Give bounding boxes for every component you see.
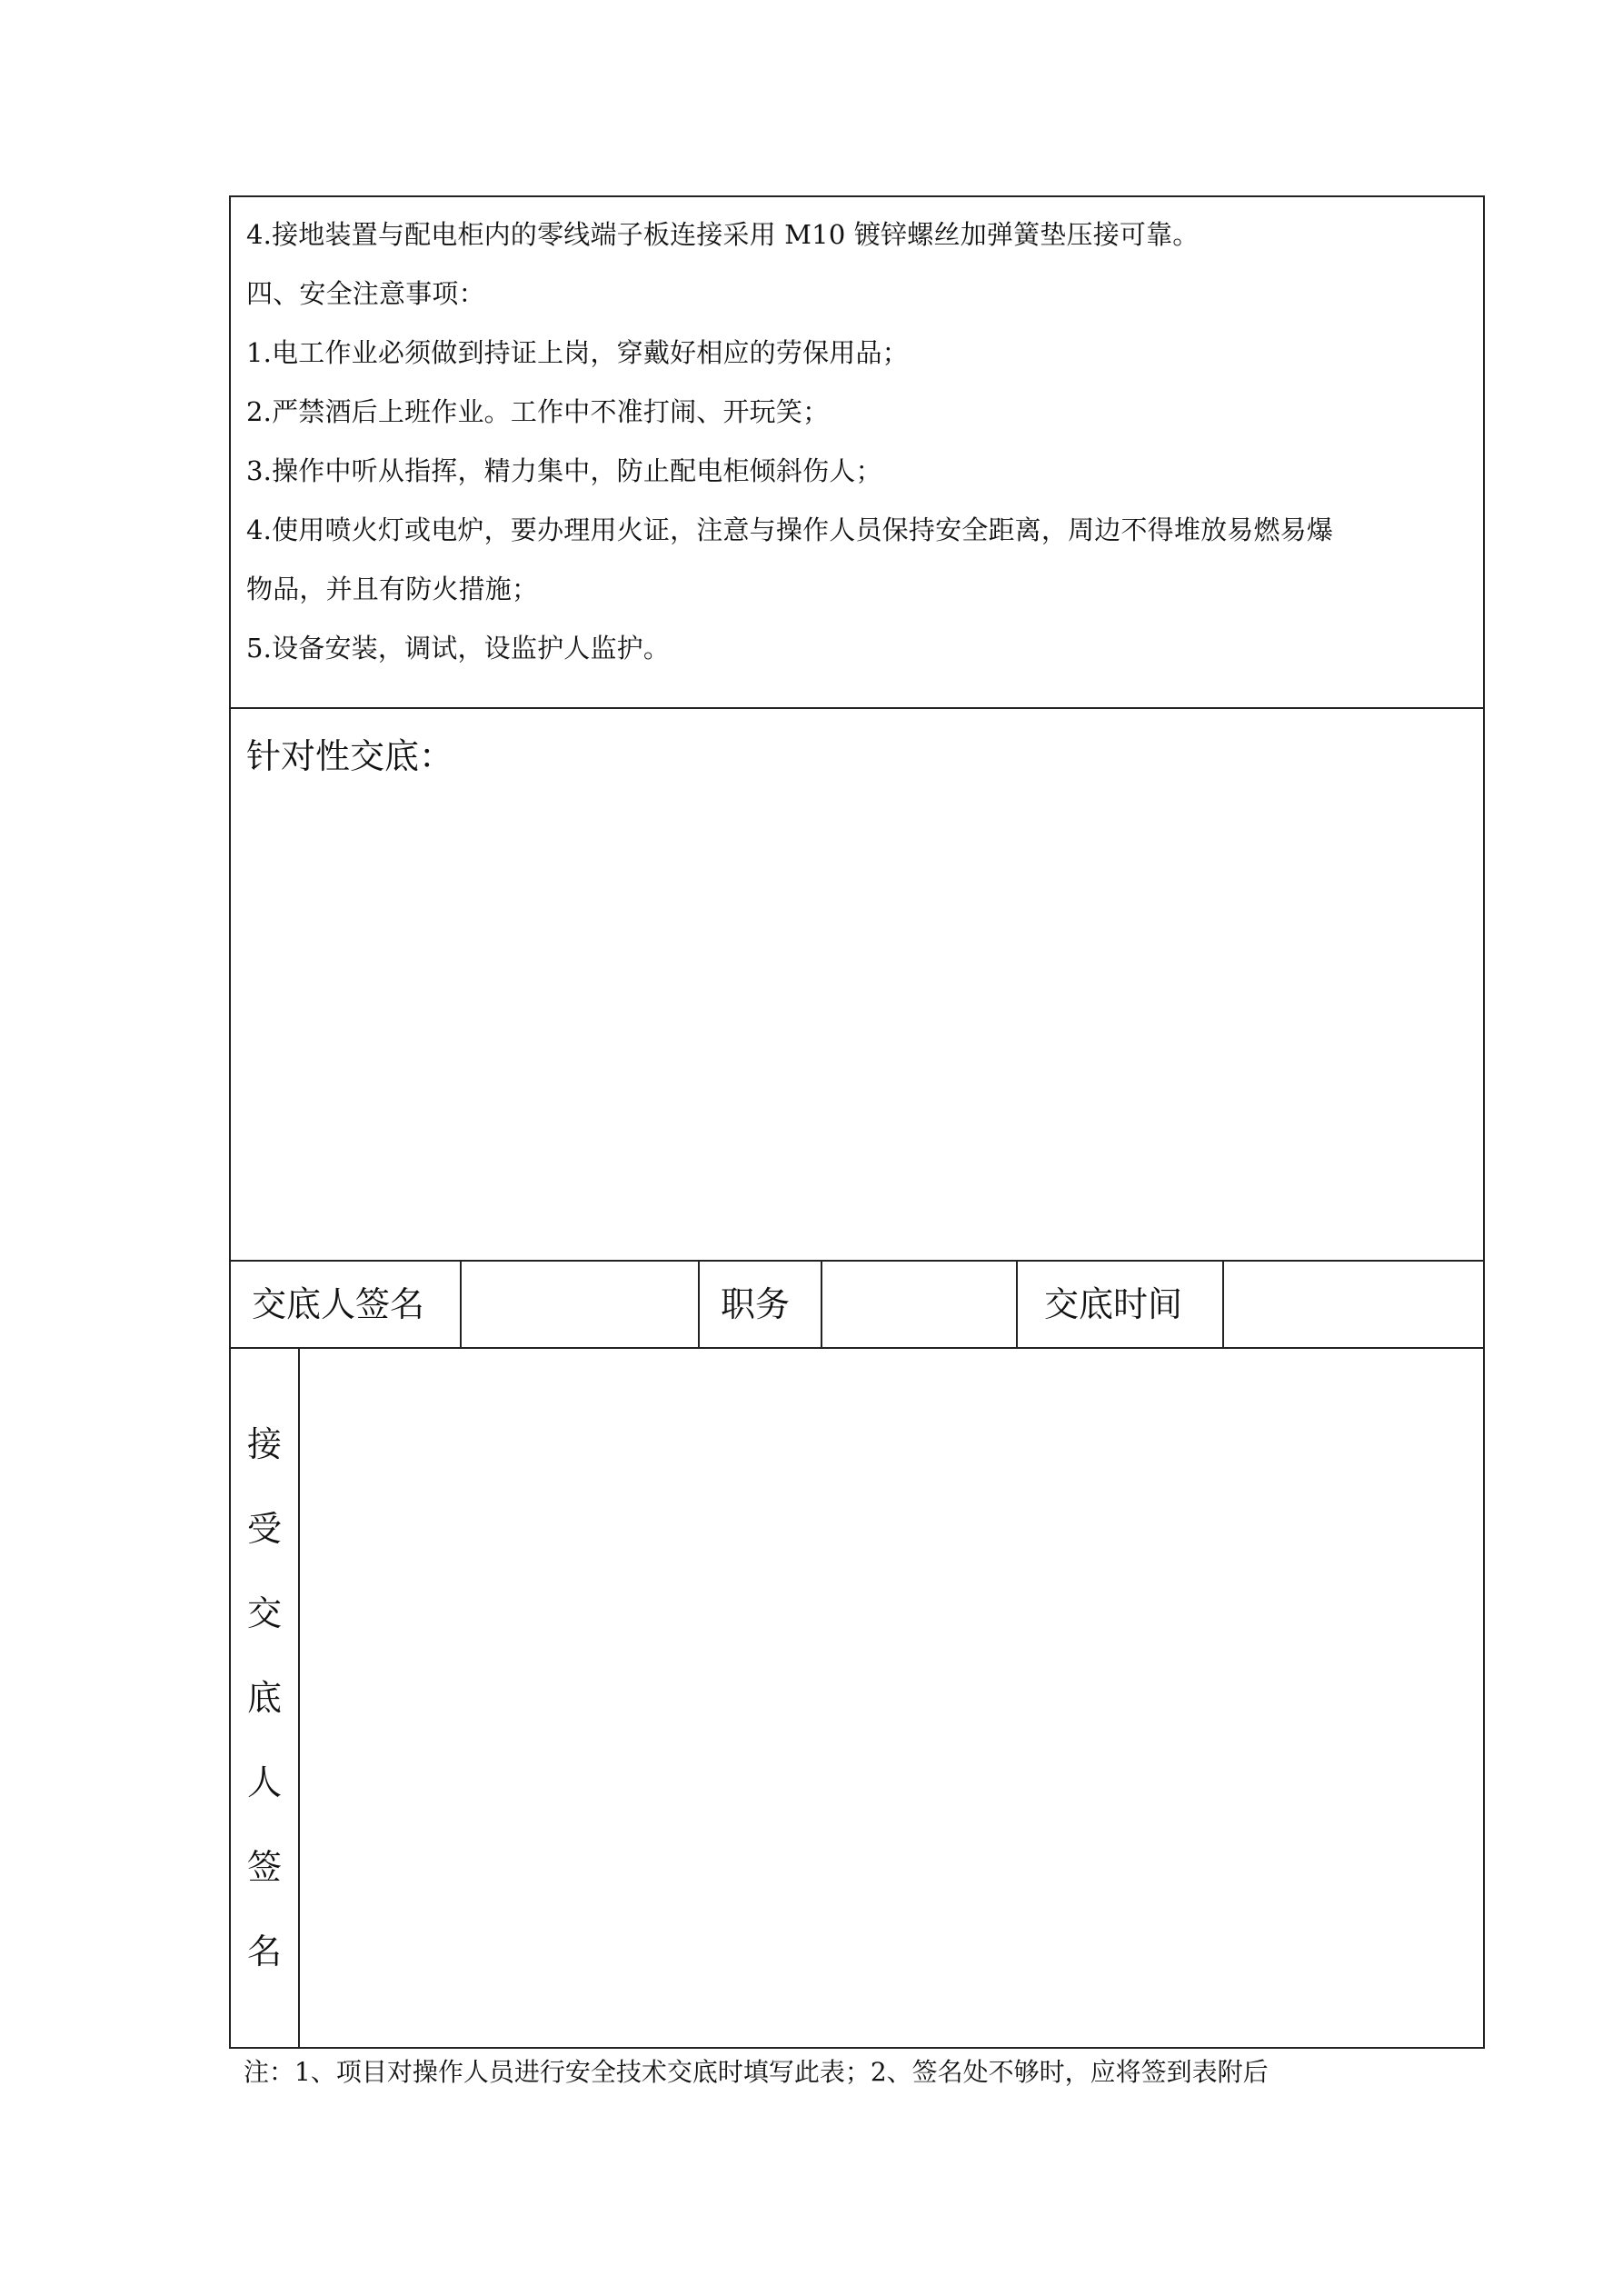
position-label: 职务 <box>721 1284 790 1324</box>
footnote: 注：1、项目对操作人员进行安全技术交底时填写此表；2、签名处不够时，应将签到表附… <box>244 2054 1269 2091</box>
content-line: 4.使用喷火灯或电炉，要办理用火证，注意与操作人员保持安全距离，周边不得堆放易燃… <box>246 512 1470 548</box>
receivers-label-char: 签 <box>231 1847 298 1887</box>
disclosure-time-field[interactable] <box>1224 1262 1483 1347</box>
receivers-label-char: 受 <box>231 1509 298 1549</box>
receivers-label-char: 交 <box>231 1593 298 1633</box>
content-line: 3.操作中听从指挥，精力集中，防止配电柜倾斜伤人； <box>246 453 1470 489</box>
content-line: 5.设备安装，调试，设监护人监护。 <box>246 630 1470 666</box>
content-line: 4.接地装置与配电柜内的零线端子板连接采用 M10 镀锌螺丝加弹簧垫压接可靠。 <box>246 216 1470 253</box>
receivers-section: 接 受 交 底 人 签 名 <box>231 1349 1483 2047</box>
time-label-cell: 交底时间 <box>1018 1262 1222 1347</box>
receivers-label-char: 接 <box>231 1424 298 1464</box>
content-line: 2.严禁酒后上班作业。工作中不准打闹、开玩笑； <box>246 394 1470 430</box>
discloser-label-cell: 交底人签名 <box>231 1262 460 1347</box>
receivers-label-char: 名 <box>231 1932 298 1972</box>
receivers-signature-area[interactable] <box>300 1349 1483 2047</box>
receivers-label-char: 底 <box>231 1678 298 1718</box>
content-line: 1.电工作业必须做到持证上岗，穿戴好相应的劳保用品； <box>246 334 1470 371</box>
position-field[interactable] <box>822 1262 1016 1347</box>
safety-content-section: 4.接地装置与配电柜内的零线端子板连接采用 M10 镀锌螺丝加弹簧垫压接可靠。 … <box>231 197 1483 707</box>
content-line: 四、安全注意事项： <box>246 275 1470 312</box>
receivers-label-column: 接 受 交 底 人 签 名 <box>231 1349 298 2047</box>
targeted-disclosure-section[interactable]: 针对性交底： <box>231 709 1483 1260</box>
discloser-signature-field[interactable] <box>462 1262 698 1347</box>
signature-row: 交底人签名 职务 交底时间 <box>231 1262 1483 1347</box>
targeted-disclosure-title: 针对性交底： <box>246 734 453 778</box>
content-line: 物品，并且有防火措施； <box>246 571 1470 607</box>
disclosure-time-label: 交底时间 <box>1044 1284 1182 1324</box>
safety-disclosure-table: 4.接地装置与配电柜内的零线端子板连接采用 M10 镀锌螺丝加弹簧垫压接可靠。 … <box>229 195 1485 2049</box>
discloser-signature-label: 交底人签名 <box>252 1284 424 1324</box>
receivers-label-char: 人 <box>231 1762 298 1802</box>
document-page: 4.接地装置与配电柜内的零线端子板连接采用 M10 镀锌螺丝加弹簧垫压接可靠。 … <box>0 0 1623 2296</box>
position-label-cell: 职务 <box>700 1262 821 1347</box>
